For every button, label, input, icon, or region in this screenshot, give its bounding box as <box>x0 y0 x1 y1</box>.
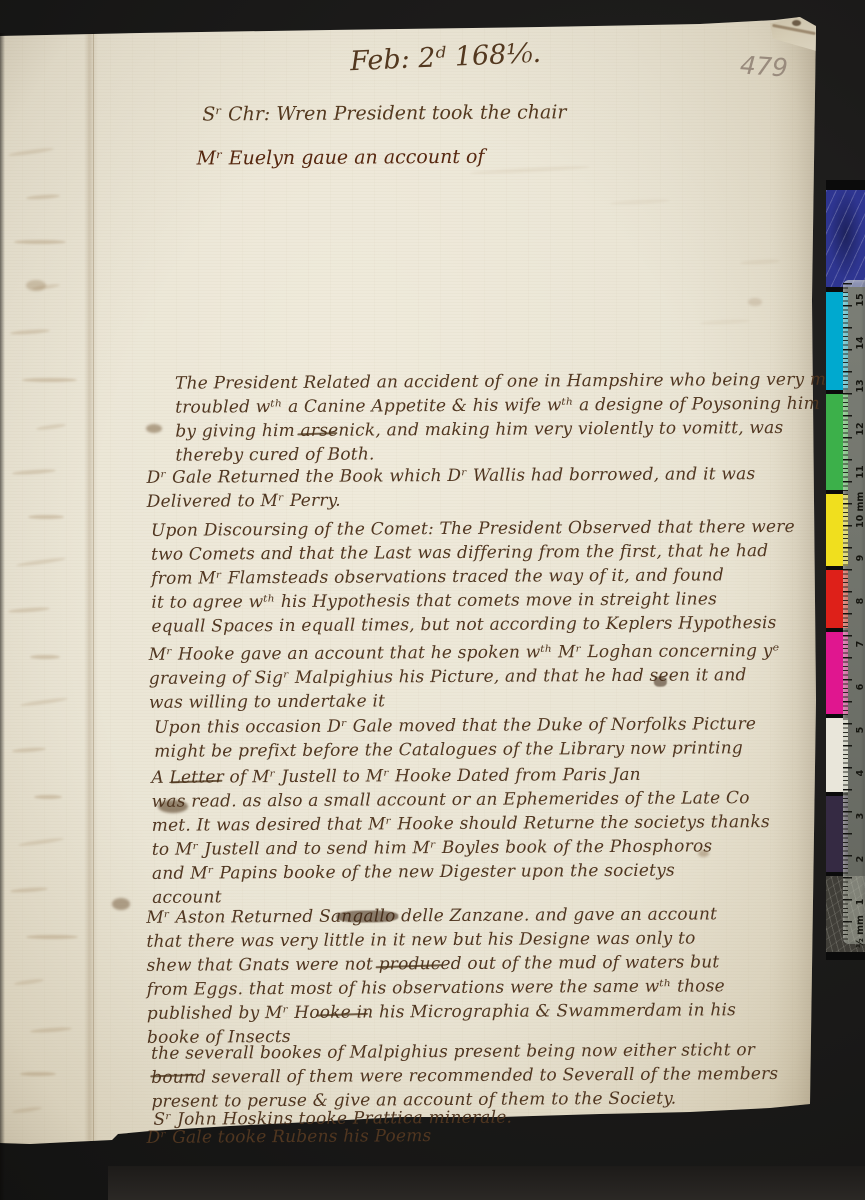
manuscript-line: bound severall of them were recommended … <box>151 1062 778 1090</box>
paragraph: Dʳ Gale Returned the Book which Dʳ Walli… <box>147 462 756 514</box>
ruler-label: ½ mm <box>855 922 865 948</box>
ruler-label: 3 <box>855 803 865 829</box>
chairman-line: Sʳ Chr: Wren President took the chair <box>202 101 566 125</box>
paragraph: Mʳ Aston Returned Sangallo delle Zanzane… <box>146 902 736 1050</box>
color-calibration-strip: 151413121110 mm987654321½ mm <box>826 180 865 960</box>
paragraph: Mʳ Hooke gave an account that he spoken … <box>149 639 780 715</box>
ruler-major-ticks <box>843 283 852 941</box>
ruler-label: 12 <box>855 416 865 442</box>
ruler-label: 5 <box>855 717 865 743</box>
ruler-label: 13 <box>855 373 865 399</box>
manuscript-line: might be prefixt before the Catalogues o… <box>154 736 756 764</box>
manuscript-line: that there was very little in it new but… <box>146 926 735 954</box>
account-line: Mʳ Euelyn gaue an account of <box>197 146 485 170</box>
ruler-label: 9 <box>855 545 865 571</box>
ruler-label: 1 <box>855 889 865 915</box>
paragraph: Dʳ Gale tooke Rubens his Poems <box>147 1124 432 1150</box>
date-heading: Feb: 2ᵈ 168¹⁄₀. <box>349 38 541 77</box>
manuscript-line: graveing of Sigʳ Malpighius his Picture,… <box>149 663 780 691</box>
manuscript-line: Dʳ Gale tooke Rubens his Poems <box>147 1124 432 1150</box>
ink-blot <box>654 677 667 687</box>
manuscript-line: was willing to undertake it <box>149 687 780 715</box>
manuscript-line: Dʳ Gale Returned the Book which Dʳ Walli… <box>147 462 756 490</box>
page-number-pencil: 479 <box>739 50 789 82</box>
manuscript-line: from Eggs. that most of his observations… <box>147 974 736 1002</box>
paragraph: The President Related an accident of one… <box>175 367 859 467</box>
paragraph: Upon Discoursing of the Comet: The Presi… <box>151 515 796 639</box>
manuscript-line: published by Mʳ Hooke in his Micrographi… <box>147 998 736 1026</box>
minutes-text: Feb: 2ᵈ 168¹⁄₀. Sʳ Chr: Wren President t… <box>0 0 865 1200</box>
ruler-label: 15 <box>855 287 865 313</box>
ruler: 151413121110 mm987654321½ mm <box>843 280 865 944</box>
ruler-label: 10 mm <box>855 502 865 528</box>
ruler-label: 2 <box>855 846 865 872</box>
manuscript-line: equall Spaces in equall times, but not a… <box>151 611 795 639</box>
ruler-label: 7 <box>855 631 865 657</box>
manuscript-line: by giving him arsenick, and making him v… <box>175 415 858 443</box>
paragraph: the severall bookes of Malpighius presen… <box>151 1038 778 1114</box>
photograph-background: Feb: 2ᵈ 168¹⁄₀. Sʳ Chr: Wren President t… <box>0 0 865 1200</box>
manuscript-line: Delivered to Mʳ Perry. <box>147 486 756 514</box>
ruler-label: 6 <box>855 674 865 700</box>
ruler-label: 4 <box>855 760 865 786</box>
paragraph: Upon this occasion Dʳ Gale moved that th… <box>154 712 756 764</box>
photo-left-edge-shadow <box>0 33 5 1200</box>
manuscript-line: Mʳ Aston Returned Sangallo delle Zanzane… <box>146 902 735 930</box>
ruler-label: 11 <box>855 459 865 485</box>
minutes-paragraphs: The President Related an accident of one… <box>0 0 863 1</box>
color-patch-dark-blue <box>826 190 865 287</box>
manuscript-line: to Mʳ Justell and to send him Mʳ Boyles … <box>152 834 770 862</box>
manuscript-line: Upon this occasion Dʳ Gale moved that th… <box>154 712 756 740</box>
table-edge-shadow <box>108 1166 865 1200</box>
ink-blot <box>336 910 398 922</box>
ruler-label: 8 <box>855 588 865 614</box>
ruler-label: 14 <box>855 330 865 356</box>
corrections-layer <box>0 0 863 1</box>
paragraph: A Letter of Mʳ Justell to Mʳ Hooke Dated… <box>151 762 770 910</box>
